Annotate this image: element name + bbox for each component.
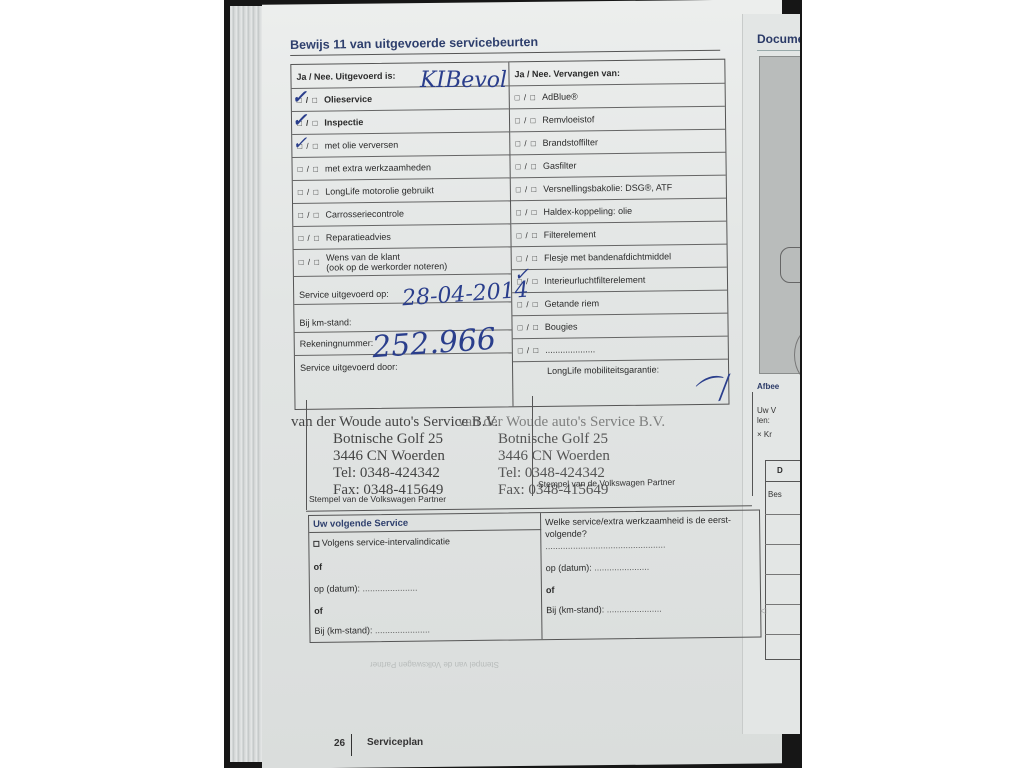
replaced-item-label: Versnellingsbakolie: DSG®, ATF xyxy=(543,182,672,194)
performed-item[interactable]: □ / □LongLife motorolie gebruikt xyxy=(293,178,510,204)
divider xyxy=(309,529,541,533)
replaced-item-label: AdBlue® xyxy=(542,91,578,101)
replaced-header: Ja / Nee. Vervangen van: xyxy=(509,60,724,87)
replaced-item-label: Haldex-koppeling: olie xyxy=(543,206,632,217)
table-row-line xyxy=(765,514,800,515)
performed-item-label: Carrosseriecontrole xyxy=(325,209,404,220)
checkbox-icon[interactable]: □ / □ xyxy=(298,187,319,196)
interval-option-label: Volgens service-intervalindicatie xyxy=(322,536,450,548)
stamp-address: Botnische Golf 25 xyxy=(291,431,498,448)
page-title: Bewijs 11 van uitgevoerde servicebeurten xyxy=(290,33,720,56)
km-field[interactable]: Bij (km-stand): ...................... xyxy=(314,625,430,636)
checkbox-icon[interactable]: □ / □ xyxy=(515,138,536,147)
service-grid: Ja / Nee. Uitgevoerd is: □ / □Olieservic… xyxy=(290,59,729,410)
performed-item-label: Wens van de klant(ook op de werkorder no… xyxy=(326,251,447,272)
or-label: of xyxy=(314,562,323,572)
stamp-tel: Tel: 0348-424342 xyxy=(291,465,498,482)
replaced-item-label: Brandstoffilter xyxy=(543,137,598,148)
table-row-line xyxy=(765,574,800,575)
replaced-item-label: Remvloeistof xyxy=(542,114,594,125)
km-label: Bij (km-stand): xyxy=(546,604,604,615)
km-label: Bij (km-stand): xyxy=(314,625,372,636)
record-field-label: Bij km-stand: xyxy=(299,317,351,328)
checkbox-icon[interactable]: □ / □ xyxy=(516,230,537,239)
date-dots: ...................... xyxy=(362,583,417,594)
replaced-item[interactable]: □ / □Remvloeistof xyxy=(510,107,725,133)
performed-item-label: Olieservice xyxy=(324,94,372,105)
km-dots: ...................... xyxy=(375,625,430,636)
stamp-box-border xyxy=(752,392,753,496)
replaced-item-label: Flesje met bandenafdichtmiddel xyxy=(544,251,671,263)
stamp-city: 3446 CN Woerden xyxy=(498,448,665,465)
replaced-item-label: Filterelement xyxy=(544,229,596,240)
replaced-item[interactable]: □ / □Haldex-koppeling: olie xyxy=(511,199,726,225)
question-dots[interactable]: ........................................… xyxy=(545,540,665,551)
checkbox-icon[interactable]: □ / □ xyxy=(516,207,537,216)
checkbox-icon[interactable]: □ / □ xyxy=(516,161,537,170)
checkbox-icon[interactable]: □ / □ xyxy=(298,164,319,173)
right-page-line: × Kr xyxy=(757,430,772,439)
checkbox-icon[interactable]: □ / □ xyxy=(298,210,319,219)
stamp-box-border xyxy=(306,400,307,510)
record-field-label: Rekeningnummer: xyxy=(300,338,374,349)
right-page-rule xyxy=(757,50,800,51)
date-label: op (datum): xyxy=(546,563,592,574)
replaced-item[interactable]: □ / □Flesje met bandenafdichtmiddel xyxy=(512,245,727,271)
table-row-line xyxy=(765,634,800,635)
right-page-title: Docume xyxy=(757,32,800,46)
stamp-city: 3446 CN Woerden xyxy=(291,448,498,465)
or-label: of xyxy=(314,606,323,616)
checkbox-icon[interactable]: □ / □ xyxy=(299,258,320,268)
replaced-header-label: Ja / Nee. Vervangen van: xyxy=(514,67,620,78)
replaced-item[interactable]: □ / □Interieurluchtfilterelement✓ xyxy=(512,268,727,294)
handwritten-check-icon: ✓ xyxy=(292,110,307,131)
date-dots: ...................... xyxy=(594,562,649,573)
km-field-right[interactable]: Bij (km-stand): ...................... xyxy=(546,604,662,615)
stamp-company: van der Woude auto's Service B.V. xyxy=(458,414,665,431)
or-label: of xyxy=(546,585,555,595)
km-dots: ...................... xyxy=(607,604,662,615)
replaced-item-label: Bougies xyxy=(545,322,578,332)
longlife-label: LongLife mobiliteitsgarantie: xyxy=(547,365,659,376)
record-field-label: Service uitgevoerd op: xyxy=(299,289,389,300)
checkbox-icon[interactable]: □ / □ xyxy=(518,345,539,354)
next-service-box: Uw volgende Service Volgens service-inte… xyxy=(308,509,762,643)
table-row-line xyxy=(765,544,800,545)
stamp-box-divider xyxy=(532,396,533,496)
interval-option[interactable]: Volgens service-intervalindicatie xyxy=(313,536,450,548)
handwritten-note: KIBevol xyxy=(420,68,507,93)
replaced-item[interactable]: □ / □AdBlue® xyxy=(510,84,725,110)
replaced-item-label: Getande riem xyxy=(545,298,600,309)
checkbox-icon[interactable]: □ / □ xyxy=(298,233,319,242)
replaced-item[interactable]: □ / □.................... xyxy=(513,337,728,363)
question-label-2: volgende? xyxy=(545,529,587,540)
right-page-caption: Afbee xyxy=(757,382,779,391)
replaced-item[interactable]: □ / □Gasfilter xyxy=(510,153,725,179)
stamp-label-left: Stempel van de Volkswagen Partner xyxy=(309,494,446,504)
question-label: Welke service/extra werkzaamheid is de e… xyxy=(545,515,731,527)
page-marker-icon: ◁ xyxy=(760,606,766,615)
performed-item[interactable]: □ / □met olie verversen✓ xyxy=(292,132,509,158)
checkbox-icon[interactable]: □ / □ xyxy=(515,115,536,124)
service-record: Bewijs 11 van uitgevoerde servicebeurten… xyxy=(290,33,735,410)
right-page-figure xyxy=(759,56,800,374)
performed-item[interactable]: □ / □Wens van de klant(ook op de werkord… xyxy=(294,247,511,277)
performed-item[interactable]: □ / □Carrosseriecontrole xyxy=(293,201,510,227)
checkbox-icon[interactable]: □ / □ xyxy=(516,184,537,193)
date-field-right[interactable]: op (datum): ...................... xyxy=(546,562,650,573)
performed-item-label: met extra werkzaamheden xyxy=(325,162,431,173)
right-page-line: Uw V xyxy=(757,406,776,415)
stamp-address: Botnische Golf 25 xyxy=(498,431,665,448)
footer-divider xyxy=(351,734,352,756)
wheel-illustration-icon xyxy=(794,327,800,383)
performed-item-label: met olie verversen xyxy=(325,140,399,151)
performed-header-label: Ja / Nee. Uitgevoerd is: xyxy=(296,70,395,81)
replaced-item-label: Interieurluchtfilterelement xyxy=(544,275,645,286)
next-service-left: Uw volgende Service Volgens service-inte… xyxy=(309,513,543,642)
performed-item-label: Reparatieadvies xyxy=(326,232,391,243)
checkbox-icon[interactable]: □ / □ xyxy=(517,253,538,262)
replaced-item[interactable]: □ / □Versnellingsbakolie: DSG®, ATF xyxy=(511,176,726,202)
car-illustration-icon xyxy=(780,247,800,283)
replaced-item[interactable]: □ / □Filterelement xyxy=(511,222,726,248)
table-row-line xyxy=(765,604,800,605)
checkbox-icon[interactable]: □ / □ xyxy=(517,322,538,331)
handwritten-check-icon: ✓ xyxy=(292,87,307,108)
right-page-table-header: D xyxy=(765,460,800,482)
next-service-right: Welke service/extra werkzaamheid is de e… xyxy=(541,510,761,639)
replaced-item-label: .................... xyxy=(545,344,595,355)
replaced-item-label: Gasfilter xyxy=(543,161,577,171)
date-field[interactable]: op (datum): ...................... xyxy=(314,583,418,594)
performed-item[interactable]: □ / □Reparatieadvies xyxy=(293,224,510,250)
performed-item[interactable]: □ / □met extra werkzaamheden xyxy=(292,155,509,181)
item-label-line: (ook op de werkorder noteren) xyxy=(326,261,447,272)
right-page-table-cell: Bes xyxy=(768,490,782,499)
page-number: 26 xyxy=(334,738,345,749)
performed-item-label: Inspectie xyxy=(324,117,363,127)
footer-section: Serviceplan xyxy=(367,737,423,748)
date-label: op (datum): xyxy=(314,583,360,594)
checkbox-icon[interactable]: □ / □ xyxy=(515,92,536,101)
replaced-item[interactable]: □ / □Brandstoffilter xyxy=(510,130,725,156)
checkbox-icon[interactable] xyxy=(313,540,319,546)
replaced-item[interactable]: □ / □Bougies xyxy=(512,314,727,340)
replaced-item[interactable]: □ / □Getande riem xyxy=(512,291,727,317)
right-page-line: len: xyxy=(757,416,770,425)
next-service-header: Uw volgende Service xyxy=(313,518,408,530)
bleed-through-text: Stempel van de Volkswagen Partner xyxy=(370,660,499,669)
performed-item[interactable]: □ / □Inspectie✓ xyxy=(292,109,509,135)
performed-item-label: LongLife motorolie gebruikt xyxy=(325,185,434,196)
replaced-column: Ja / Nee. Vervangen van: □ / □AdBlue®□ /… xyxy=(509,60,728,407)
handwritten-check-icon: ✓ xyxy=(292,133,307,154)
